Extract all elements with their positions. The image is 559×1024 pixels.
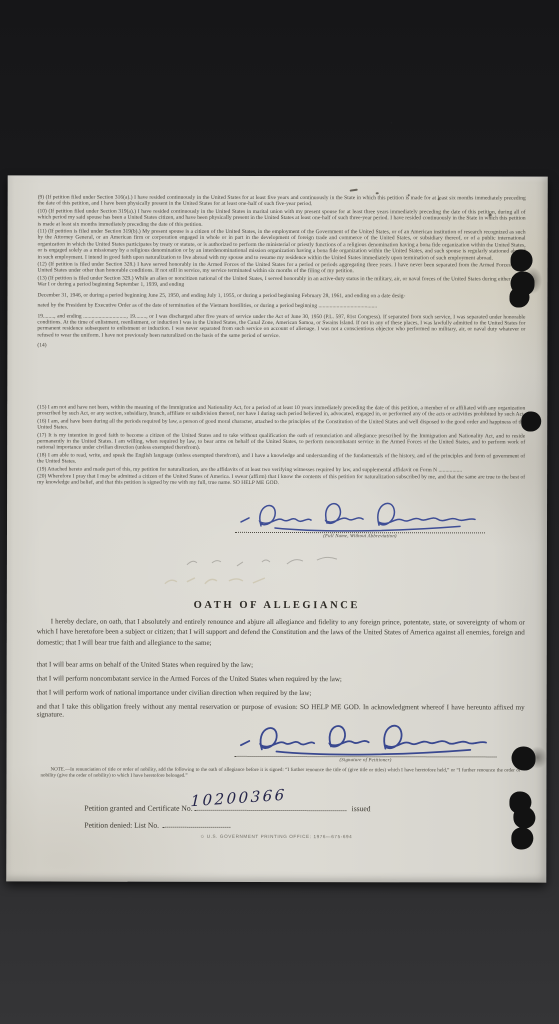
petition-clause-18: (18) I am able to read, write, and speak… <box>37 452 525 466</box>
petition-clause-14: (14) <box>37 343 525 350</box>
dust-speck <box>350 189 358 192</box>
petition-denied-row: Petition denied: List No. <box>84 820 230 830</box>
oath-clause-obligation: and that I take this obligation freely w… <box>37 702 525 719</box>
ink-blot <box>511 827 533 849</box>
handwritten-signature <box>235 496 485 539</box>
oath-clauses-block: that I will bear arms on behalf of the U… <box>37 660 525 725</box>
petition-granted-row: Petition granted and Certificate No.1020… <box>84 802 370 814</box>
petition-clause-17: (17) It is my intention in good faith to… <box>37 432 525 452</box>
petition-clause-20: (20) Wherefore I pray that I may be admi… <box>37 474 525 488</box>
nobility-note-text: NOTE.—In renunciation of title or order … <box>40 768 520 781</box>
petition-clause-10: (10) (If petition filed under Section 31… <box>38 208 526 228</box>
ink-bleed-through <box>157 574 277 590</box>
oath-intro-paragraph: I hereby declare, on oath, that I absolu… <box>37 616 525 648</box>
oath-of-allegiance-heading: OATH OF ALLEGIANCE <box>7 599 547 611</box>
granted-label: Petition granted and Certificate No. <box>84 804 192 813</box>
petition-clause-11: (11) (If petition is filed under Section… <box>38 229 526 262</box>
petition-clause-19: (19) Attached hereto and made part of th… <box>37 466 525 473</box>
nobility-note: NOTE.—In renunciation of title or order … <box>40 768 520 781</box>
petition-clauses-block-2: (15) I am not and have not been, within … <box>37 404 525 488</box>
petition-clause-13: (13) (If petition is filed under Section… <box>38 275 526 289</box>
petition-clause-13-vietnam: nated by the President by Executive Orde… <box>37 303 525 310</box>
dust-speck <box>376 192 379 194</box>
petition-clause-12: (12) (If petition is filed under Section… <box>38 262 526 276</box>
ink-blot <box>513 806 535 828</box>
petition-clause-16: (16) I am, and have been during all the … <box>37 418 525 432</box>
petitioner-signature-block: (Signature of Petitioner) <box>235 726 497 764</box>
gpo-footer-line: ✩ U.S. GOVERNMENT PRINTING OFFICE: 1976—… <box>6 833 546 840</box>
denied-blank-line <box>162 820 230 828</box>
issued-label: issued <box>352 804 371 813</box>
photo-background: (9) (If petition filed under Section 316… <box>0 0 559 1024</box>
ink-blot <box>509 287 529 307</box>
handwritten-signature <box>235 718 497 763</box>
certificate-number-line: 10200366 <box>195 802 347 811</box>
petition-document-page: (9) (If petition filed under Section 316… <box>6 175 547 882</box>
petition-clauses-block: (9) (If petition filed under Section 316… <box>37 194 525 351</box>
petition-clause-15: (15) I am not and have not been, within … <box>37 404 525 418</box>
full-name-signature-block: (Full Name, Without Abbreviation) <box>235 502 485 540</box>
oath-clause-noncombatant: that I will perform noncombatant service… <box>37 674 525 683</box>
ink-blot <box>521 412 541 432</box>
denied-label: Petition denied: List No. <box>84 821 159 830</box>
signature-line <box>235 726 497 758</box>
oath-clause-national-importance: that I will perform work of national imp… <box>37 688 525 697</box>
oath-intro-text: I hereby declare, on oath, that I absolu… <box>37 616 525 648</box>
petition-clause-9: (9) (If petition filed under Section 316… <box>38 194 526 208</box>
petition-clause-13-dates: December 31, 1946, or during a period be… <box>37 292 525 299</box>
petition-clause-13-discharge: 19........, and ending .................… <box>37 313 525 340</box>
handwritten-certificate-number: 10200366 <box>190 786 287 811</box>
signature-line <box>235 502 485 534</box>
oath-clause-bear-arms: that I will bear arms on behalf of the U… <box>37 660 525 669</box>
ink-blot <box>511 746 535 770</box>
